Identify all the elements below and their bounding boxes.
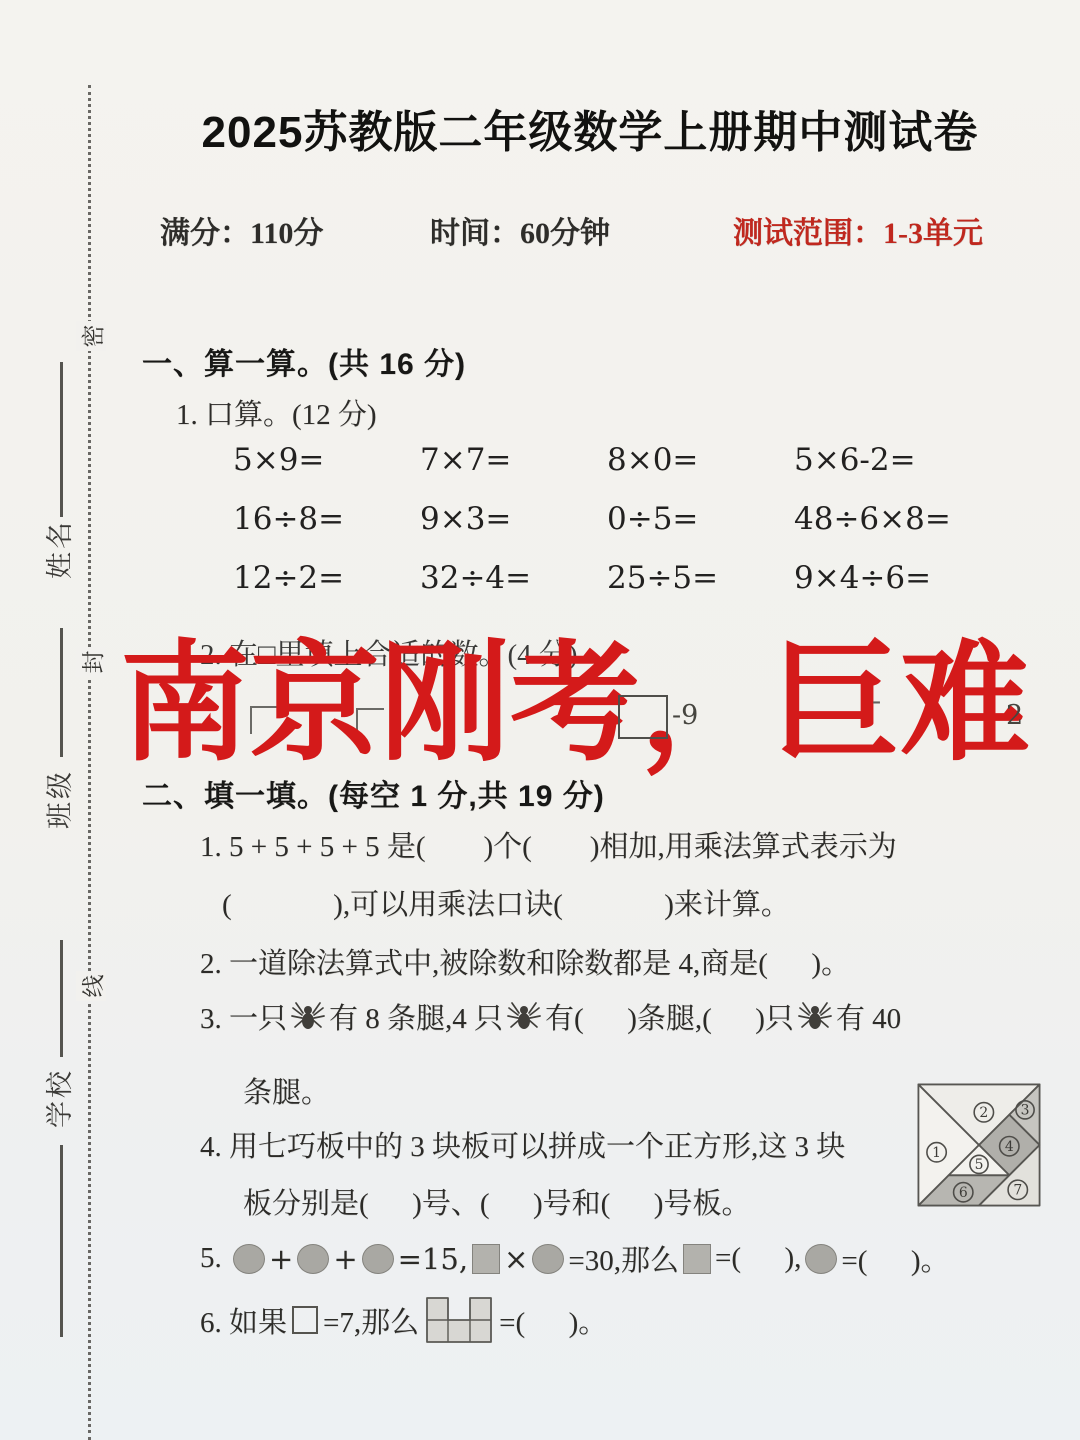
tangram-label: 6 [959, 1185, 968, 1201]
q3-line1: 3. 一只 有 8 条腿,4 只 有( )条腿,( )只 有 40 [200, 996, 901, 1037]
problem: 48÷6×8= [794, 501, 981, 560]
seal-dashed-line [88, 85, 91, 1440]
section1-heading: 一、算一算。(共 16 分) [142, 339, 466, 383]
q5-text: =( )。 [841, 1238, 949, 1279]
problem: 7×7= [420, 442, 607, 501]
tangram-label: 1 [932, 1145, 941, 1161]
small-square-box-icon [292, 1306, 318, 1334]
q6-text: 6. 如果 [200, 1300, 287, 1341]
bottom-fill-line [60, 1145, 63, 1337]
q4-line1: 4. 用七巧板中的 3 块板可以拼成一个正方形,这 3 块 [200, 1124, 845, 1165]
problem: 5×6-2= [794, 442, 981, 501]
q6-text: =7,那么 [323, 1300, 419, 1341]
fragment-two: 2 [1006, 700, 1023, 731]
gray-circle-icon [297, 1244, 329, 1274]
gray-circle-icon [233, 1244, 265, 1274]
school-fill-line [60, 940, 63, 1057]
gray-circle-icon [532, 1244, 564, 1274]
spider-icon [797, 1000, 833, 1034]
gray-square-icon [472, 1244, 500, 1274]
section1-sub1: 1. 口算。(12 分) [176, 392, 377, 433]
q6-line: 6. 如果 =7,那么 =( )。 [200, 1296, 607, 1344]
tangram-label: 3 [1021, 1103, 1030, 1119]
q5-line: 5. + + =15, × =30,那么 =( ), =( )。 [200, 1238, 950, 1279]
tangram-label: 5 [975, 1157, 984, 1173]
problem: 0÷5= [607, 501, 794, 560]
tangram-label: 2 [979, 1105, 988, 1121]
problem: 16÷8= [233, 501, 420, 560]
spider-icon [506, 1000, 542, 1034]
problem: 9×3= [420, 501, 607, 560]
full-score-label: 满分：110分 [160, 208, 323, 252]
tangram-label: 4 [1005, 1139, 1014, 1155]
q3-text: 有 8 条腿,4 只 [329, 996, 503, 1037]
q3-text: 有( )条腿,( )只 [545, 996, 794, 1037]
spider-icon [290, 1000, 326, 1034]
problem: 8×0= [607, 442, 794, 501]
tangram-figure: 1 2 3 4 5 6 7 [916, 1082, 1042, 1208]
test-scope-label: 测试范围：1-3单元 [733, 208, 983, 252]
field-label-name: 姓名 [43, 514, 71, 584]
q3-line2: 条腿。 [243, 1070, 330, 1111]
q3-text: 3. 一只 [200, 996, 287, 1037]
problem: 32÷4= [420, 560, 607, 619]
q5-text: =15, [398, 1242, 468, 1276]
q2-line: 2. 一道除法算式中,被除数和除数都是 4,商是( )。 [200, 941, 850, 982]
q5-text: =30,那么 [568, 1238, 679, 1279]
section2-heading: 二、填一填。(每空 1 分,共 19 分) [142, 771, 605, 815]
problem: 25÷5= [607, 560, 794, 619]
problem: 9×4÷6= [794, 560, 981, 619]
gray-circle-icon [805, 1244, 837, 1274]
oral-calculation-grid: 5×9= 7×7= 8×0= 5×6-2= 16÷8= 9×3= 0÷5= 48… [233, 442, 981, 619]
u-pentomino-figure [425, 1296, 493, 1344]
q1-line2: ( ),可以用乘法口诀( )来计算。 [222, 882, 790, 923]
q5-text: + [269, 1242, 293, 1276]
problem: 12÷2= [233, 560, 420, 619]
gray-square-icon [683, 1244, 711, 1274]
q6-text: =( )。 [499, 1300, 607, 1341]
class-fill-line [60, 628, 63, 757]
tangram-label: 7 [1013, 1183, 1022, 1199]
q5-text: + [333, 1242, 357, 1276]
q3-text: 有 40 [836, 996, 901, 1037]
q5-text: 5. [200, 1242, 229, 1275]
fragment-dash: - [872, 686, 881, 717]
name-fill-line [60, 362, 63, 517]
time-label: 时间：60分钟 [430, 208, 610, 252]
field-label-school: 学校 [43, 1063, 71, 1133]
problem: 5×9= [233, 442, 420, 501]
hidden-answer-box [618, 695, 668, 739]
page-title: 2025苏教版二年级数学上册期中测试卷 [140, 96, 1040, 160]
gray-circle-icon [362, 1244, 394, 1274]
q4-line2: 板分别是( )号、( )号和( )号板。 [243, 1181, 750, 1222]
q5-text: × [504, 1242, 528, 1276]
seal-char-feng: 封 [76, 647, 106, 677]
fragment-minus-nine: -9 [672, 700, 698, 731]
seal-char-xian: 线 [76, 971, 106, 1001]
red-watermark-text: 南京刚考，巨难 [120, 638, 1030, 768]
field-label-class: 班级 [43, 764, 71, 834]
q1-line1: 1. 5 + 5 + 5 + 5 是( )个( )相加,用乘法算式表示为 [200, 824, 897, 865]
seal-char-mi: 密 [76, 321, 106, 351]
q5-text: =( ), [715, 1242, 801, 1275]
